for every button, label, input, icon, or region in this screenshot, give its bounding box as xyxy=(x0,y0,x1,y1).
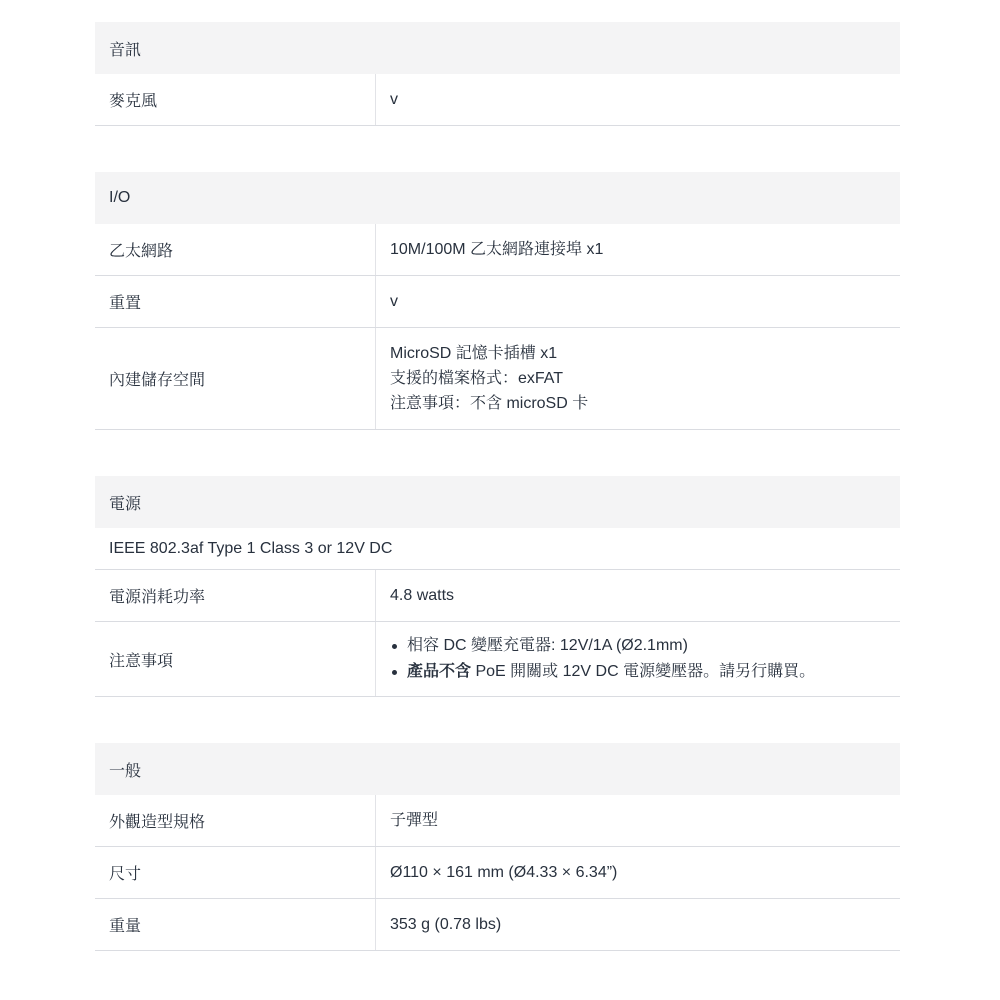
section-header: 電源 xyxy=(95,476,900,528)
spec-value: v xyxy=(375,74,900,125)
note-item: 產品不含 PoE 開關或 12V DC 電源變壓器。請另行購買。 xyxy=(390,659,886,685)
spec-value-line: 子彈型 xyxy=(390,808,886,833)
spec-label: 外觀造型規格 xyxy=(95,795,375,846)
spec-value-line: 4.8 watts xyxy=(390,583,886,608)
section-header: 一般 xyxy=(95,743,900,795)
spec-value-line: MicroSD 記憶卡插槽 x1 xyxy=(390,341,886,366)
spec-section-general: 一般外觀造型規格子彈型尺寸Ø110 × 161 mm (Ø4.33 × 6.34… xyxy=(95,743,900,951)
spec-value: 子彈型 xyxy=(375,795,900,846)
spec-row: 乙太網路10M/100M 乙太網路連接埠 x1 xyxy=(95,224,900,276)
spec-value: Ø110 × 161 mm (Ø4.33 × 6.34”) xyxy=(375,847,900,898)
section-title: 音訊 xyxy=(109,37,141,60)
spec-label-text: 乙太網路 xyxy=(109,238,173,261)
spec-label-text: 麥克風 xyxy=(109,88,157,111)
spec-section-audio: 音訊麥克風v xyxy=(95,22,900,126)
spec-row: 電源消耗功率4.8 watts xyxy=(95,570,900,622)
spec-row: 外觀造型規格子彈型 xyxy=(95,795,900,847)
spec-value-line: Ø110 × 161 mm (Ø4.33 × 6.34”) xyxy=(390,860,886,885)
spec-row: 麥克風v xyxy=(95,74,900,126)
spec-row: 注意事項相容 DC 變壓充電器: 12V/1A (Ø2.1mm)產品不含 PoE… xyxy=(95,622,900,697)
spec-value-line: 10M/100M 乙太網路連接埠 x1 xyxy=(390,237,886,262)
spec-table: 音訊麥克風vI/O乙太網路10M/100M 乙太網路連接埠 x1重置v內建儲存空… xyxy=(95,22,900,951)
section-header: 音訊 xyxy=(95,22,900,74)
section-title: 一般 xyxy=(109,758,141,781)
power-source-text: IEEE 802.3af Type 1 Class 3 or 12V DC xyxy=(109,540,392,558)
spec-value: 10M/100M 乙太網路連接埠 x1 xyxy=(375,224,900,275)
spec-row: 內建儲存空間MicroSD 記憶卡插槽 x1支援的檔案格式：exFAT注意事項：… xyxy=(95,328,900,430)
spec-label-text: 注意事項 xyxy=(109,648,173,671)
spec-value-line: 注意事項：不含 microSD 卡 xyxy=(390,391,886,416)
spec-row: 尺寸Ø110 × 161 mm (Ø4.33 × 6.34”) xyxy=(95,847,900,899)
spec-label-text: 尺寸 xyxy=(109,861,141,884)
spec-label: 尺寸 xyxy=(95,847,375,898)
spec-label-text: 重量 xyxy=(109,913,141,936)
note-text: PoE 開關或 12V DC 電源變壓器。請另行購買。 xyxy=(471,663,815,680)
spec-value: 353 g (0.78 lbs) xyxy=(375,899,900,950)
spec-row: 重置v xyxy=(95,276,900,328)
note-text: 相容 DC 變壓充電器: 12V/1A (Ø2.1mm) xyxy=(407,637,688,654)
section-title: I/O xyxy=(109,189,130,207)
spec-label-text: 外觀造型規格 xyxy=(109,809,205,832)
power-source-row: IEEE 802.3af Type 1 Class 3 or 12V DC xyxy=(95,528,900,570)
note-bold-text: 產品不含 xyxy=(407,663,471,680)
spec-label: 注意事項 xyxy=(95,622,375,696)
note-item: 相容 DC 變壓充電器: 12V/1A (Ø2.1mm) xyxy=(390,633,886,659)
spec-value: 4.8 watts xyxy=(375,570,900,621)
spec-label: 電源消耗功率 xyxy=(95,570,375,621)
spec-value-line: 支援的檔案格式：exFAT xyxy=(390,366,886,391)
notes-list: 相容 DC 變壓充電器: 12V/1A (Ø2.1mm)產品不含 PoE 開關或… xyxy=(390,633,886,685)
spec-label: 內建儲存空間 xyxy=(95,328,375,429)
spec-row: 重量353 g (0.78 lbs) xyxy=(95,899,900,951)
bullet-icon xyxy=(392,644,397,649)
spec-label: 乙太網路 xyxy=(95,224,375,275)
section-header: I/O xyxy=(95,172,900,224)
spec-label-text: 內建儲存空間 xyxy=(109,367,205,390)
bullet-icon xyxy=(392,670,397,675)
spec-value-line: v xyxy=(390,289,886,314)
section-title: 電源 xyxy=(109,491,141,514)
spec-value: v xyxy=(375,276,900,327)
spec-value-line: 353 g (0.78 lbs) xyxy=(390,912,886,937)
spec-label-text: 重置 xyxy=(109,290,141,313)
spec-section-io: I/O乙太網路10M/100M 乙太網路連接埠 x1重置v內建儲存空間Micro… xyxy=(95,172,900,430)
spec-label-text: 電源消耗功率 xyxy=(109,584,205,607)
spec-value-line: v xyxy=(390,87,886,112)
spec-value: 相容 DC 變壓充電器: 12V/1A (Ø2.1mm)產品不含 PoE 開關或… xyxy=(375,622,900,696)
spec-label: 麥克風 xyxy=(95,74,375,125)
spec-value: MicroSD 記憶卡插槽 x1支援的檔案格式：exFAT注意事項：不含 mic… xyxy=(375,328,900,429)
spec-section-power: 電源IEEE 802.3af Type 1 Class 3 or 12V DC電… xyxy=(95,476,900,697)
spec-label: 重置 xyxy=(95,276,375,327)
spec-label: 重量 xyxy=(95,899,375,950)
